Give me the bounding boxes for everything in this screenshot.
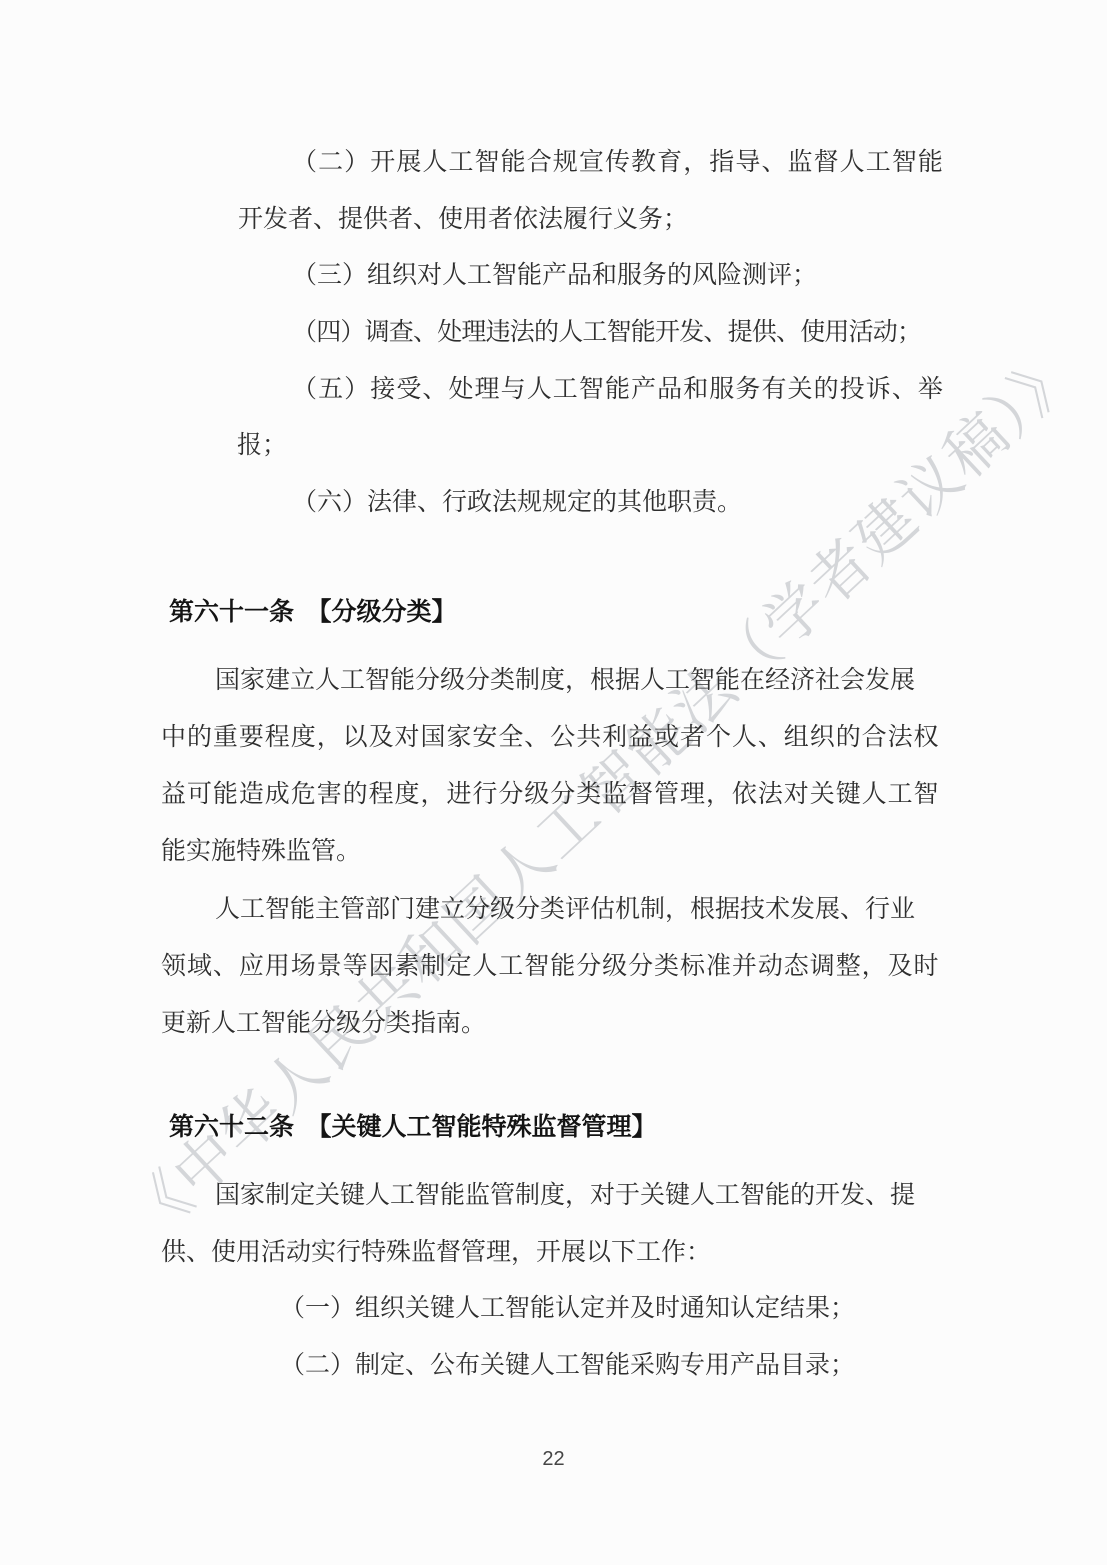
text-line: 人工智能主管部门建立分级分类评估机制，根据技术发展、行业 xyxy=(215,893,915,927)
article-62-heading: 第六十二条 【关键人工智能特殊监督管理】 xyxy=(169,1111,657,1145)
text-line: 领域、应用场景等因素制定人工智能分级分类标准并动态调整，及时 xyxy=(161,950,940,984)
article-61-heading: 第六十一条 【分级分类】 xyxy=(169,596,457,630)
text-line: 国家制定关键人工智能监管制度，对于关键人工智能的开发、提 xyxy=(215,1179,915,1213)
text-line: 供、使用活动实行特殊监督管理，开展以下工作： xyxy=(161,1236,711,1270)
text-line: 更新人工智能分级分类指南。 xyxy=(161,1007,486,1041)
text-line: （六）法律、行政法规规定的其他职责。 xyxy=(292,486,742,520)
text-line: （一）组织关键人工智能认定并及时通知认定结果； xyxy=(280,1292,855,1326)
text-line: （二）开展人工智能合规宣传教育，指导、监督人工智能 xyxy=(292,146,944,180)
text-line: （五）接受、处理与人工智能产品和服务有关的投诉、举 xyxy=(292,373,944,407)
text-line: 能实施特殊监管。 xyxy=(161,835,361,869)
document-page: 《中华人民共和国人工智能法（学者建议稿）》 （二）开展人工智能合规宣传教育，指导… xyxy=(0,0,1107,1565)
text-line: （四）调查、处理违法的人工智能开发、提供、使用活动； xyxy=(292,316,921,350)
text-line: 中的重要程度，以及对国家安全、公共利益或者个人、组织的合法权 xyxy=(161,721,940,755)
text-line: 国家建立人工智能分级分类制度，根据人工智能在经济社会发展 xyxy=(215,664,915,698)
page-number: 22 xyxy=(0,1448,1107,1471)
text-line: 开发者、提供者、使用者依法履行义务； xyxy=(238,203,688,237)
text-line: （二）制定、公布关键人工智能采购专用产品目录； xyxy=(280,1349,855,1383)
text-line: 益可能造成危害的程度，进行分级分类监督管理，依法对关键人工智 xyxy=(161,778,940,812)
text-line: 报； xyxy=(237,429,287,463)
text-line: （三）组织对人工智能产品和服务的风险测评； xyxy=(292,259,817,293)
